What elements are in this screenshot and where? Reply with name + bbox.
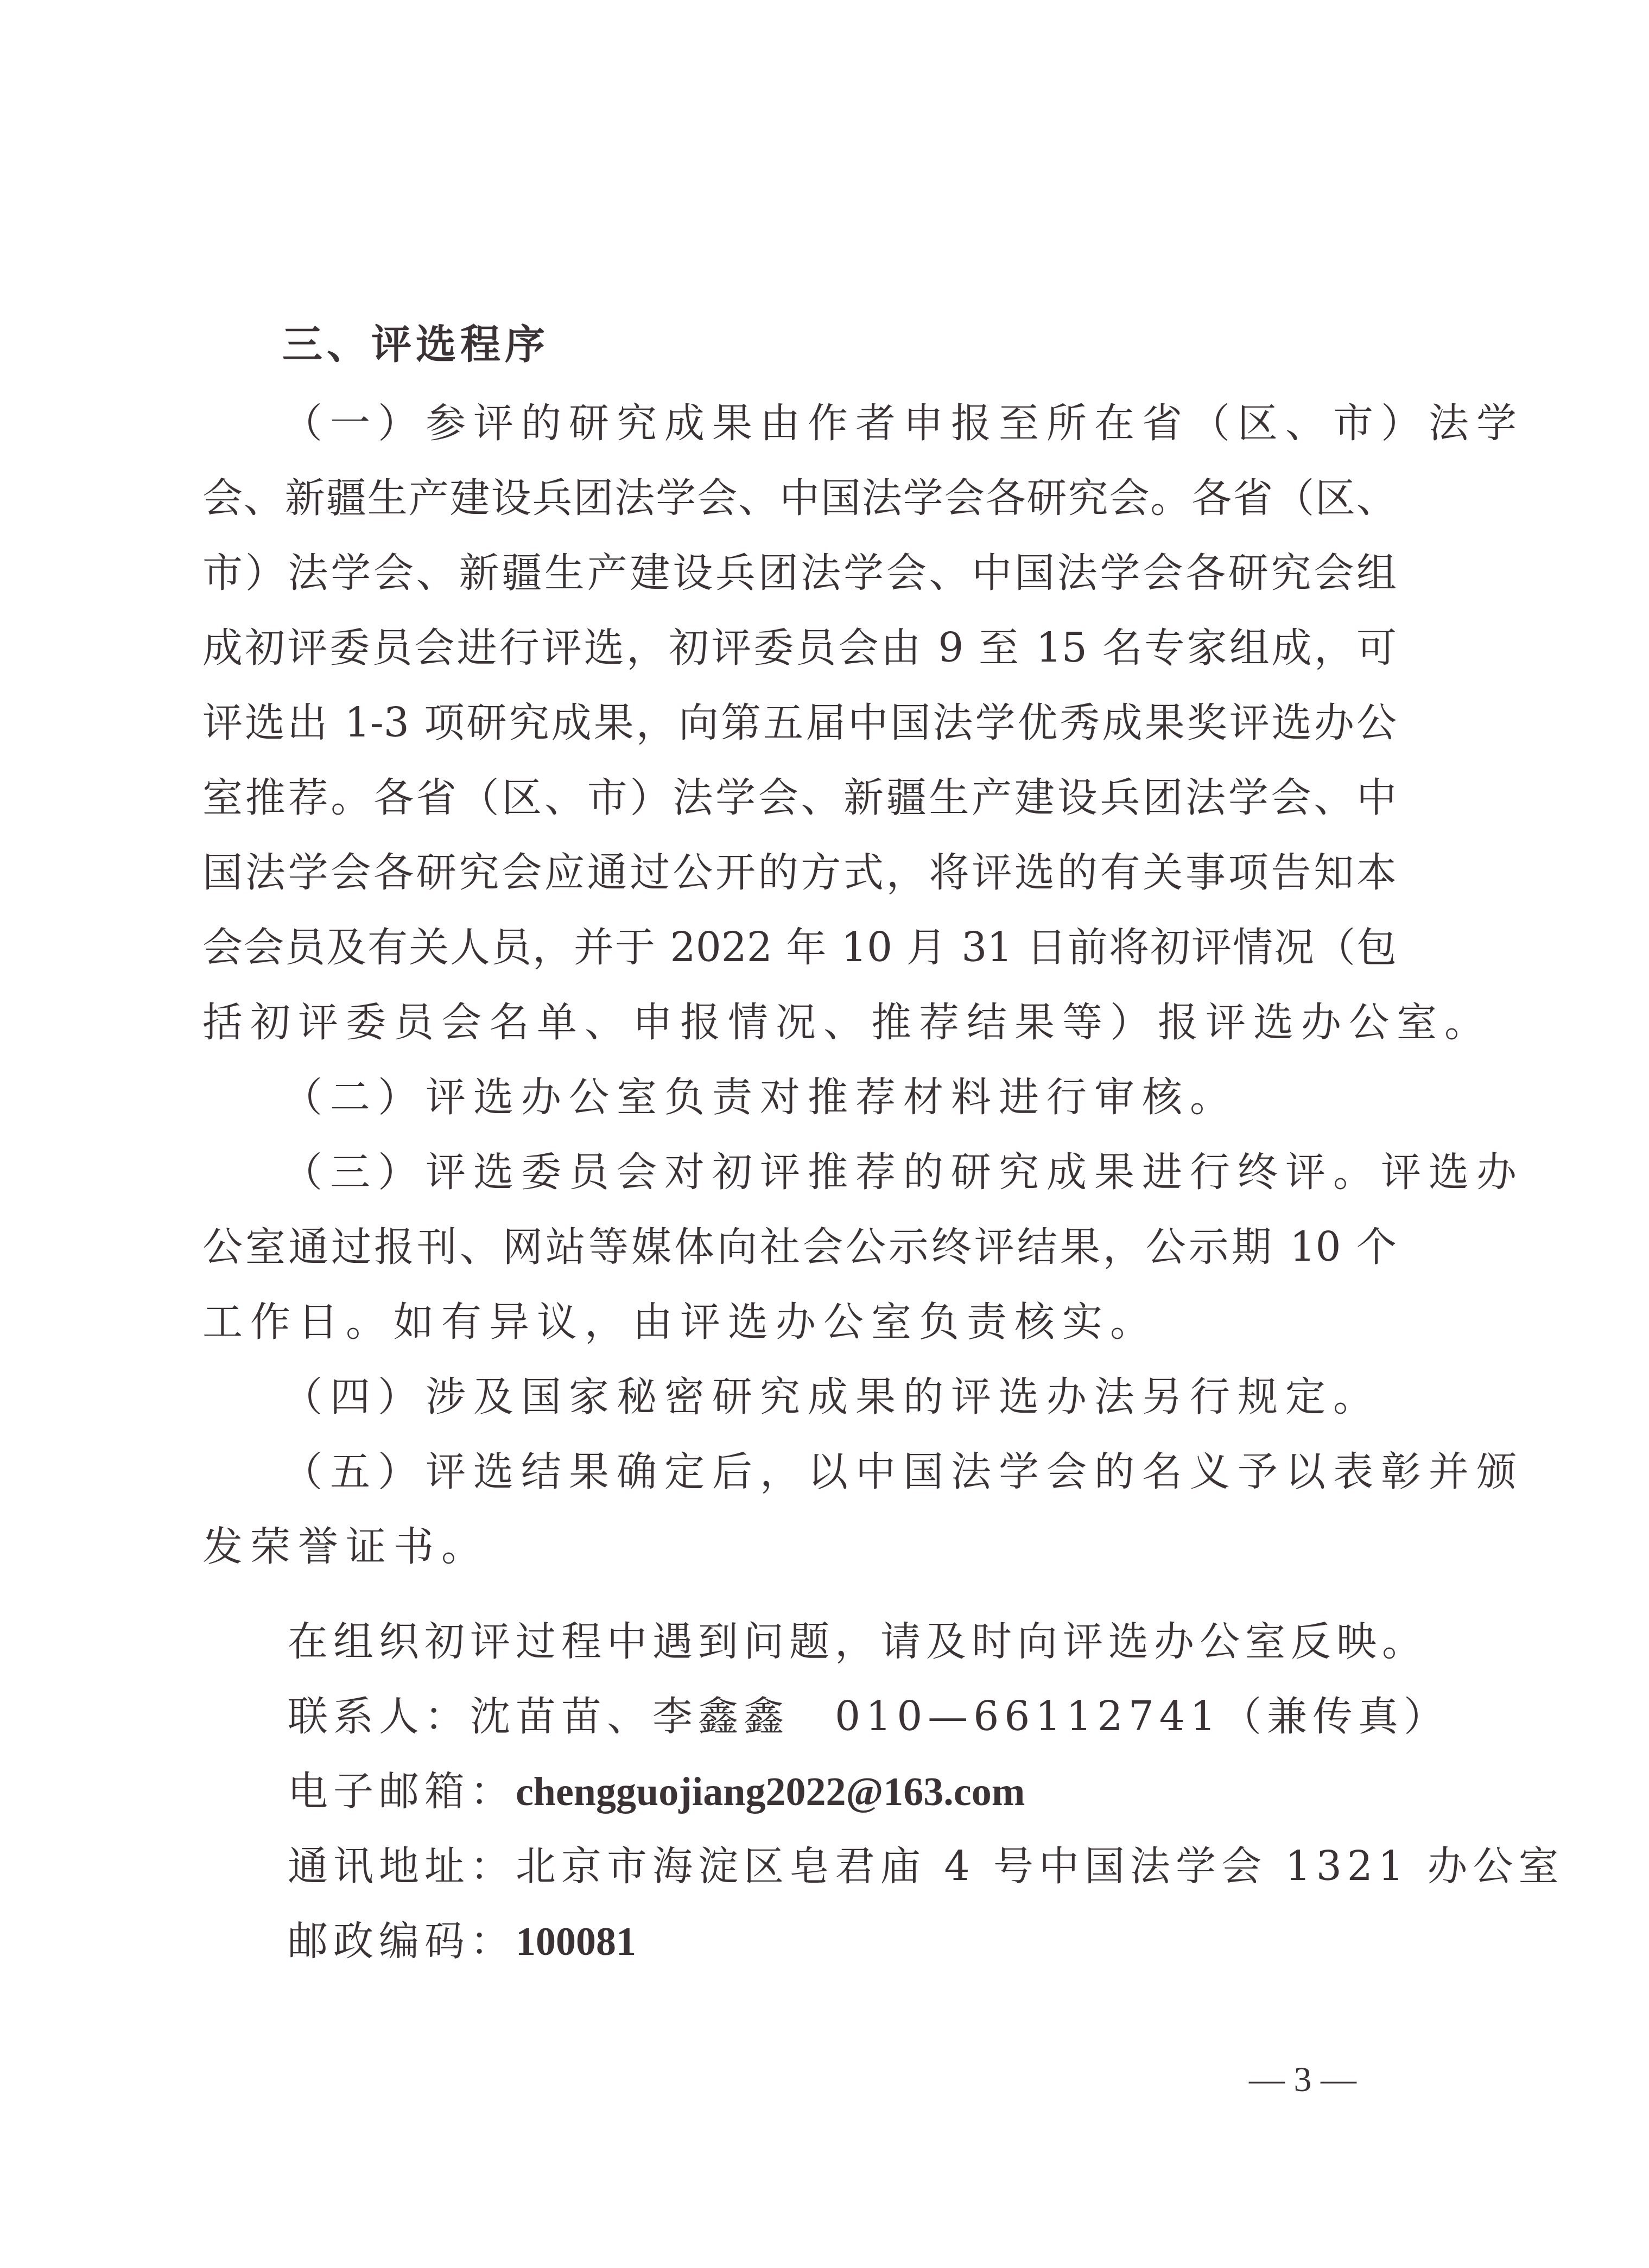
- paragraph-1-line-1: （一）参评的研究成果由作者申报至所在省（区、市）法学: [282, 396, 1396, 450]
- postcode-label: 邮政编码：: [288, 1918, 516, 1965]
- paragraph-3-line-2: 公室通过报刊、网站等媒体向社会公示终评结果，公示期 10 个: [202, 1220, 1397, 1274]
- contact-note: 在组织初评过程中遇到问题，请及时向评选办公室反映。: [288, 1615, 1428, 1669]
- postcode-row: 邮政编码：100081: [288, 1914, 1428, 1968]
- paragraph-3-line-1: （三）评选委员会对初评推荐的研究成果进行终评。评选办: [282, 1145, 1396, 1199]
- postcode-value: 100081: [516, 1920, 636, 1964]
- paragraph-3-line-3: 工作日。如有异议，由评选办公室负责核实。: [202, 1295, 1397, 1349]
- paragraph-1-line-2: 会、新疆生产建设兵团法学会、中国法学会各研究会。各省（区、: [202, 471, 1397, 525]
- paragraph-1-line-8: 会会员及有关人员，并于 2022 年 10 月 31 日前将初评情况（包: [202, 920, 1397, 975]
- paragraph-1-line-6: 室推荐。各省（区、市）法学会、新疆生产建设兵团法学会、中: [202, 771, 1397, 825]
- paragraph-1-line-9: 括初评委员会名单、申报情况、推荐结果等）报评选办公室。: [202, 995, 1397, 1050]
- paragraph-1-line-3: 市）法学会、新疆生产建设兵团法学会、中国法学会各研究会组: [202, 546, 1397, 600]
- contact-person-row: 联系人：沈苗苗、李鑫鑫 010—66112741（兼传真）: [288, 1689, 1428, 1744]
- page-number: — 3 —: [1221, 2058, 1384, 2101]
- email-row: 电子邮箱：chengguojiang2022@163.com: [288, 1764, 1428, 1819]
- contact-person-label: 联系人：: [288, 1693, 470, 1740]
- paragraph-1-line-4: 成初评委员会进行评选，初评委员会由 9 至 15 名专家组成，可: [202, 621, 1397, 675]
- address-row: 通讯地址：北京市海淀区皂君庙 4 号中国法学会 1321 办公室: [288, 1839, 1428, 1894]
- document-page: 三、评选程序 （一）参评的研究成果由作者申报至所在省（区、市）法学 会、新疆生产…: [0, 0, 1649, 2268]
- paragraph-4-line-1: （四）涉及国家秘密研究成果的评选办法另行规定。: [282, 1370, 1396, 1424]
- email-label: 电子邮箱：: [288, 1768, 516, 1815]
- paragraph-1-line-7: 国法学会各研究会应通过公开的方式，将评选的有关事项告知本: [202, 846, 1397, 900]
- paragraph-2-line-1: （二）评选办公室负责对推荐材料进行审核。: [282, 1070, 1396, 1125]
- section-heading: 三、评选程序: [282, 317, 1476, 372]
- address-value: 北京市海淀区皂君庙 4 号中国法学会 1321 办公室: [516, 1843, 1564, 1890]
- email-address-link[interactable]: chengguojiang2022@163.com: [516, 1770, 1025, 1814]
- contact-person-value: 沈苗苗、李鑫鑫 010—66112741（兼传真）: [470, 1693, 1449, 1740]
- paragraph-5-line-2: 发荣誉证书。: [202, 1520, 1397, 1574]
- paragraph-5-line-1: （五）评选结果确定后，以中国法学会的名义予以表彰并颁: [282, 1445, 1396, 1499]
- address-label: 通讯地址：: [288, 1843, 516, 1890]
- paragraph-1-line-5: 评选出 1-3 项研究成果，向第五届中国法学优秀成果奖评选办公: [202, 696, 1397, 750]
